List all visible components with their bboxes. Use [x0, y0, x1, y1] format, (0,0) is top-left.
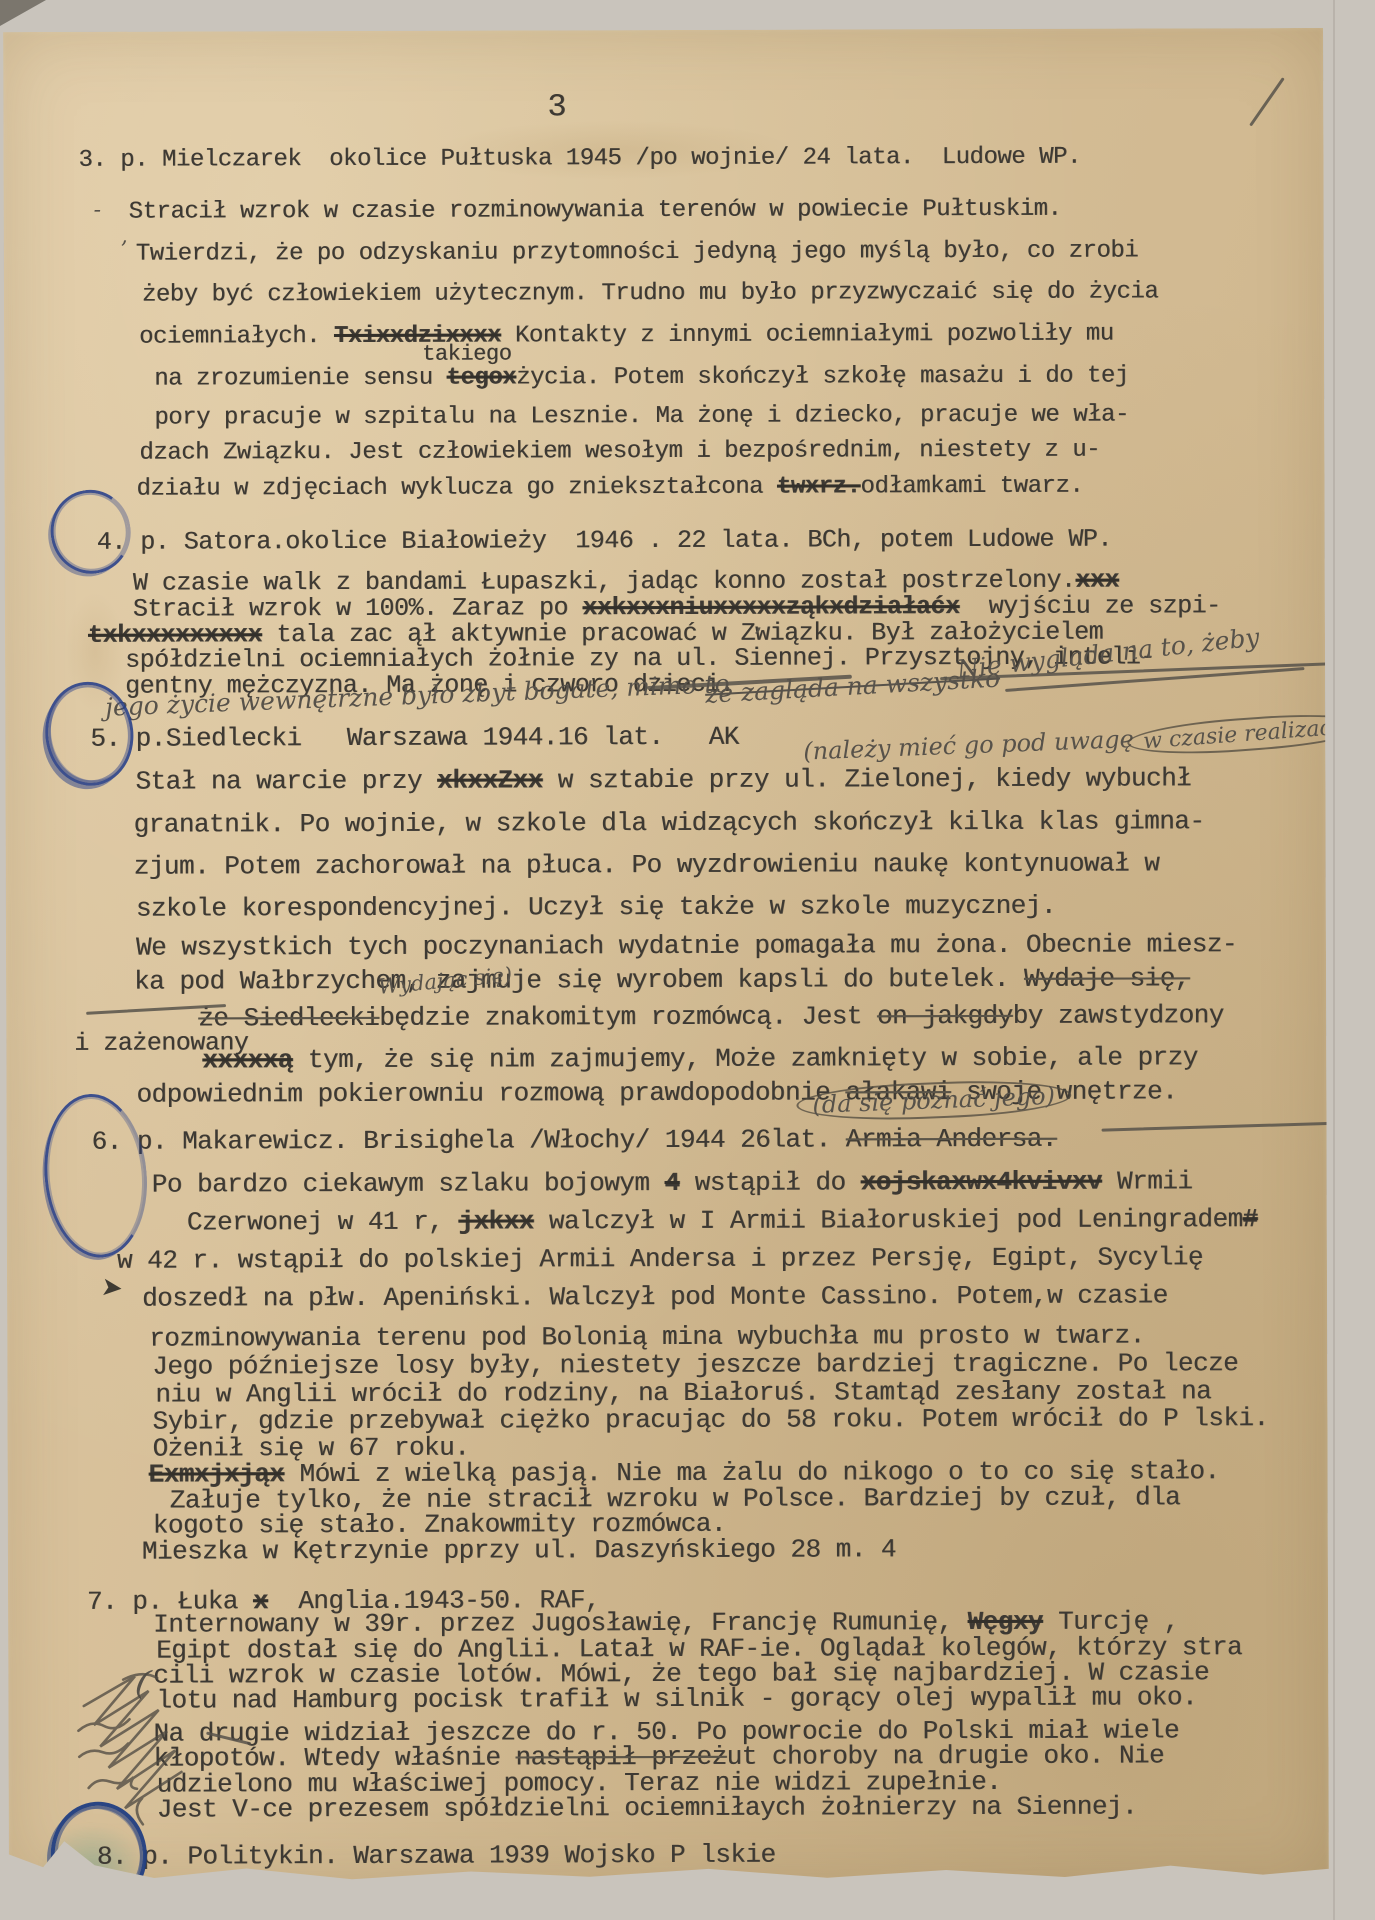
typed-line: 5. p.Siedlecki Warszawa 1944.16 lat. AK: [90, 723, 739, 754]
typed-line: granatnik. Po wojnie, w szkole dla widzą…: [134, 807, 1205, 839]
typed-line: takiego: [422, 342, 511, 366]
andersa-strike-ext: [1102, 1121, 1352, 1131]
corner-number-slash: [1249, 77, 1285, 126]
typed-line: zjum. Potem zachorował na płuca. Po wyzd…: [134, 849, 1160, 881]
hand-arrow-icon: ➤: [100, 1272, 125, 1304]
typed-line: 6. p. Makarewicz. Brisighela /Włochy/ 19…: [92, 1125, 1057, 1157]
typed-line: Czerwonej w 41 r, jxkxx walczył w I Armi…: [187, 1205, 1258, 1237]
typed-line: Po bardzo ciekawym szlaku bojowym 4 wstą…: [152, 1167, 1193, 1199]
mat-edge-line: [1333, 0, 1335, 1920]
typed-line: Mieszka w Kętrzynie pprzy ul. Daszyńskie…: [142, 1535, 896, 1566]
typed-line: 3. p. Mielczarek okolice Pułtuska 1945 /…: [78, 145, 1080, 175]
typed-line: Sybir, gdzie przebywał ciężko pracując d…: [152, 1404, 1268, 1436]
typed-line: Stał na warcie przy xkxxZxx w sztabie pr…: [135, 764, 1191, 796]
typed-line: w 42 r. wstąpił do polskiej Armii Anders…: [117, 1243, 1203, 1275]
margin-dash-mark: -: [94, 198, 102, 223]
typed-line: żeby być człowiekiem użytecznym. Trudno …: [142, 279, 1158, 309]
typed-line: Stracił wzrok w czasie rozminowywania te…: [129, 197, 1062, 226]
typed-line: dzach Związku. Jest człowiekiem wesołym …: [139, 438, 1100, 467]
typed-line: 8. p. Politykin. Warszawa 1939 Wojsko P …: [97, 1841, 776, 1872]
handwriting-layer: -ʼNie wygląda na to, żebyjego życie wewn…: [3, 28, 1323, 32]
typed-line: że Siedleckibędzie znakomitym rozmówcą. …: [198, 1001, 1224, 1033]
typed-text-layer: 3. p. Mielczarek okolice Pułtuska 1945 /…: [3, 28, 1323, 32]
typed-line: lotu nad Hamburg pocisk trafił w silnik …: [156, 1683, 1197, 1715]
hand-strokes-layer: [3, 28, 1323, 32]
typed-line: pory pracuje w szpitalu na Lesznie. Ma ż…: [154, 403, 1129, 432]
typed-line: 4. p. Satora.okolice Białowieży 1946 . 2…: [97, 526, 1112, 557]
mat-dark-corner: [0, 0, 46, 26]
typed-line: na zrozumienie sensu tegoxżycia. Potem s…: [154, 364, 1129, 393]
pencil-scribble: [61, 1646, 230, 1846]
margin-tick-mark: ʼ: [120, 238, 127, 263]
typed-line: xxxxxą tym, że się nim zajmujemy, Może z…: [202, 1043, 1198, 1075]
typed-line: doszedł na płw. Apeniński. Walczył pod M…: [142, 1281, 1168, 1313]
typed-line: We wszystkich tych poczynaniach wydatnie…: [136, 930, 1237, 962]
typed-line: działu w zdjęciach wyklucza go zniekszta…: [136, 474, 1083, 503]
typed-line: Jest V-ce prezesem spółdzielni ociemniła…: [157, 1793, 1137, 1825]
typed-line: Twierdzi, że po odzyskaniu przytomności …: [136, 239, 1138, 269]
document-sheet: 3 3. p. Mielczarek okolice Pułtuska 1945…: [3, 28, 1329, 1884]
hand-circle-6: [37, 1090, 153, 1263]
note-nalezy-miec: (należy mieć go pod uwagę: [803, 725, 1134, 766]
typed-line: ociemniałych. Txixxdzixxxx Kontakty z in…: [139, 322, 1114, 351]
page-number: 3: [547, 88, 566, 125]
caret-mark: ˇ: [709, 1870, 719, 1894]
siennej-insert-mark: ʼ: [753, 624, 761, 654]
typed-line: ka pod Wałbrzychem, zajmuje się wyrobem …: [134, 964, 1190, 996]
typed-line: szkole korespondencyjnej. Uczył się takż…: [136, 892, 1056, 923]
